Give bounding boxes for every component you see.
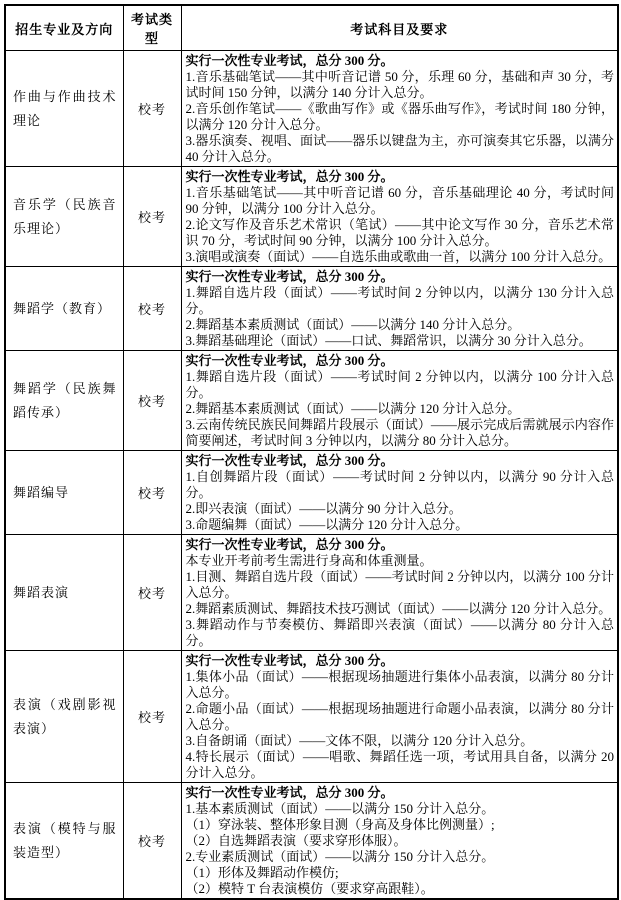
table-row: 音乐学（民族音乐理论） 校考 实行一次性专业考试，总分 300 分。 1.音乐基…: [5, 167, 618, 267]
major-cell: 舞蹈学（教育）: [5, 267, 123, 351]
exam-type-cell: 校考: [123, 651, 181, 783]
requirement-line: 1.基本素质测试（面试）——以满分 150 分计入总分。: [186, 801, 615, 817]
table-row: 舞蹈表演 校考 实行一次性专业考试，总分 300 分。 本专业开考前考生需进行身…: [5, 535, 618, 651]
table-row: 表演（戏剧影视表演） 校考 实行一次性专业考试，总分 300 分。 1.集体小品…: [5, 651, 618, 783]
requirement-line: 1.集体小品（面试）——根据现场抽题进行集体小品表演，以满分 80 分计入总分。: [186, 669, 615, 701]
requirement-line: 2.即兴表演（面试）——以满分 90 分计入总分。: [186, 501, 615, 517]
requirements-cell: 实行一次性专业考试，总分 300 分。 1.舞蹈自选片段（面试）——考试时间 2…: [181, 351, 618, 451]
exam-type-cell: 校考: [123, 167, 181, 267]
exam-type-cell: 校考: [123, 351, 181, 451]
table-row: 舞蹈编导 校考 实行一次性专业考试，总分 300 分。 1.自创舞蹈片段（面试）…: [5, 451, 618, 535]
major-cell: 表演（模特与服装造型）: [5, 783, 123, 900]
document-page: 招生专业及方向 考试类型 考试科目及要求 作曲与作曲技术理论 校考 实行一次性专…: [0, 0, 621, 801]
requirements-list: 1.舞蹈自选片段（面试）——考试时间 2 分钟以内，以满分 130 分计入总分。…: [186, 285, 615, 349]
exam-type-cell: 校考: [123, 51, 181, 167]
requirement-line: 3.舞蹈基础理论（面试）——口试、舞蹈常识，以满分 30 分计入总分。: [186, 333, 615, 349]
major-cell: 音乐学（民族音乐理论）: [5, 167, 123, 267]
requirements-list: 1.音乐基础笔试——其中听音记谱 50 分，乐理 60 分，基础和声 30 分，…: [186, 69, 615, 165]
major-cell: 舞蹈表演: [5, 535, 123, 651]
header-requirements: 考试科目及要求: [181, 5, 618, 51]
requirement-line: 1.舞蹈自选片段（面试）——考试时间 2 分钟以内，以满分 100 分计入总分。: [186, 369, 615, 401]
requirement-line: 1.音乐基础笔试——其中听音记谱 50 分，乐理 60 分，基础和声 30 分，…: [186, 69, 615, 101]
table-row: 表演（模特与服装造型） 校考 实行一次性专业考试，总分 300 分。 1.基本素…: [5, 783, 618, 900]
exam-type-cell: 校考: [123, 451, 181, 535]
exam-type-cell: 校考: [123, 783, 181, 900]
requirements-summary: 实行一次性专业考试，总分 300 分。: [186, 352, 615, 369]
requirements-list: 1.舞蹈自选片段（面试）——考试时间 2 分钟以内，以满分 100 分计入总分。…: [186, 369, 615, 449]
requirement-line: 2.舞蹈素质测试、舞蹈技术技巧测试（面试）——以满分 120 分计入总分。: [186, 601, 615, 617]
exam-type-cell: 校考: [123, 535, 181, 651]
requirements-cell: 实行一次性专业考试，总分 300 分。 1.舞蹈自选片段（面试）——考试时间 2…: [181, 267, 618, 351]
requirement-line: 3.器乐演奏、视唱、面试——器乐以键盘为主，亦可演奏其它乐器，以满分 40 分计…: [186, 133, 615, 165]
requirement-line: 2.舞蹈基本素质测试（面试）——以满分 140 分计入总分。: [186, 317, 615, 333]
table-row: 舞蹈学（教育） 校考 实行一次性专业考试，总分 300 分。 1.舞蹈自选片段（…: [5, 267, 618, 351]
requirement-line: 4.特长展示（面试）——唱歌、舞蹈任选一项，考试用具自备，以满分 20 分计入总…: [186, 749, 615, 781]
requirements-summary: 实行一次性专业考试，总分 300 分。: [186, 784, 615, 801]
major-cell: 舞蹈编导: [5, 451, 123, 535]
requirement-line: 3.命题编舞（面试）——以满分 120 分计入总分。: [186, 517, 615, 533]
requirements-list: 本专业开考前考生需进行身高和体重测量。1.目测、舞蹈自选片段（面试）——考试时间…: [186, 553, 615, 649]
requirements-cell: 实行一次性专业考试，总分 300 分。 1.集体小品（面试）——根据现场抽题进行…: [181, 651, 618, 783]
requirements-list: 1.音乐基础笔试——其中听音记谱 60 分，音乐基础理论 40 分，考试时间 9…: [186, 185, 615, 265]
major-cell: 表演（戏剧影视表演）: [5, 651, 123, 783]
requirement-line: 2.舞蹈基本素质测试（面试）——以满分 120 分计入总分。: [186, 401, 615, 417]
table-row: 作曲与作曲技术理论 校考 实行一次性专业考试，总分 300 分。 1.音乐基础笔…: [5, 51, 618, 167]
requirements-summary: 实行一次性专业考试，总分 300 分。: [186, 652, 615, 669]
requirement-line: 1.自创舞蹈片段（面试）——考试时间 2 分钟以内，以满分 90 分计入总分。: [186, 469, 615, 501]
requirement-line: 本专业开考前考生需进行身高和体重测量。: [186, 553, 615, 569]
requirements-list: 1.自创舞蹈片段（面试）——考试时间 2 分钟以内，以满分 90 分计入总分。2…: [186, 469, 615, 533]
requirements-summary: 实行一次性专业考试，总分 300 分。: [186, 452, 615, 469]
requirements-cell: 实行一次性专业考试，总分 300 分。 1.自创舞蹈片段（面试）——考试时间 2…: [181, 451, 618, 535]
requirements-summary: 实行一次性专业考试，总分 300 分。: [186, 268, 615, 285]
requirement-line: （2）自选舞蹈表演（要求穿形体服）。: [186, 833, 615, 849]
requirement-line: 1.音乐基础笔试——其中听音记谱 60 分，音乐基础理论 40 分，考试时间 9…: [186, 185, 615, 217]
requirements-cell: 实行一次性专业考试，总分 300 分。 1.基本素质测试（面试）——以满分 15…: [181, 783, 618, 900]
major-cell: 舞蹈学（民族舞蹈传承）: [5, 351, 123, 451]
requirements-list: 1.基本素质测试（面试）——以满分 150 分计入总分。（1）穿泳装、整体形象目…: [186, 801, 615, 897]
requirements-summary: 实行一次性专业考试，总分 300 分。: [186, 52, 615, 69]
requirement-line: （2）模特 T 台表演模仿（要求穿高跟鞋）。: [186, 881, 615, 897]
requirements-summary: 实行一次性专业考试，总分 300 分。: [186, 536, 615, 553]
requirement-line: 1.舞蹈自选片段（面试）——考试时间 2 分钟以内，以满分 130 分计入总分。: [186, 285, 615, 317]
requirement-line: 3.云南传统民族民间舞蹈片段展示（面试）——展示完成后需就展示内容作简要阐述，考…: [186, 417, 615, 449]
requirements-cell: 实行一次性专业考试，总分 300 分。 本专业开考前考生需进行身高和体重测量。1…: [181, 535, 618, 651]
requirements-summary: 实行一次性专业考试，总分 300 分。: [186, 168, 615, 185]
header-major: 招生专业及方向: [5, 5, 123, 51]
requirement-line: （1）形体及舞蹈动作模仿;: [186, 865, 615, 881]
requirement-line: 1.目测、舞蹈自选片段（面试）——考试时间 2 分钟以内，以满分 100 分计入…: [186, 569, 615, 601]
requirement-line: 3.演唱或演奏（面试）——自选乐曲或歌曲一首，以满分 100 分计入总分。: [186, 249, 615, 265]
requirement-line: 2.音乐创作笔试——《歌曲写作》或《器乐曲写作》，考试时间 180 分钟，以满分…: [186, 101, 615, 133]
requirement-line: 3.自备朗诵（面试）——文体不限，以满分 120 分计入总分。: [186, 733, 615, 749]
requirement-line: 2.命题小品（面试）——根据现场抽题进行命题小品表演，以满分 80 分计入总分。: [186, 701, 615, 733]
requirement-line: 2.专业素质测试（面试）——以满分 150 分计入总分。: [186, 849, 615, 865]
exam-requirements-table: 招生专业及方向 考试类型 考试科目及要求 作曲与作曲技术理论 校考 实行一次性专…: [4, 4, 619, 900]
header-exam-type: 考试类型: [123, 5, 181, 51]
requirement-line: 2.论文写作及音乐艺术常识（笔试）——其中论文写作 30 分，音乐艺术常识 70…: [186, 217, 615, 249]
requirements-cell: 实行一次性专业考试，总分 300 分。 1.音乐基础笔试——其中听音记谱 60 …: [181, 167, 618, 267]
requirement-line: 3.舞蹈动作与节奏模仿、舞蹈即兴表演（面试）——以满分 80 分计入总分。: [186, 617, 615, 649]
requirements-list: 1.集体小品（面试）——根据现场抽题进行集体小品表演，以满分 80 分计入总分。…: [186, 669, 615, 781]
header-row: 招生专业及方向 考试类型 考试科目及要求: [5, 5, 618, 51]
major-cell: 作曲与作曲技术理论: [5, 51, 123, 167]
table-row: 舞蹈学（民族舞蹈传承） 校考 实行一次性专业考试，总分 300 分。 1.舞蹈自…: [5, 351, 618, 451]
requirements-cell: 实行一次性专业考试，总分 300 分。 1.音乐基础笔试——其中听音记谱 50 …: [181, 51, 618, 167]
requirement-line: （1）穿泳装、整体形象目测（身高及身体比例测量）;: [186, 817, 615, 833]
exam-type-cell: 校考: [123, 267, 181, 351]
